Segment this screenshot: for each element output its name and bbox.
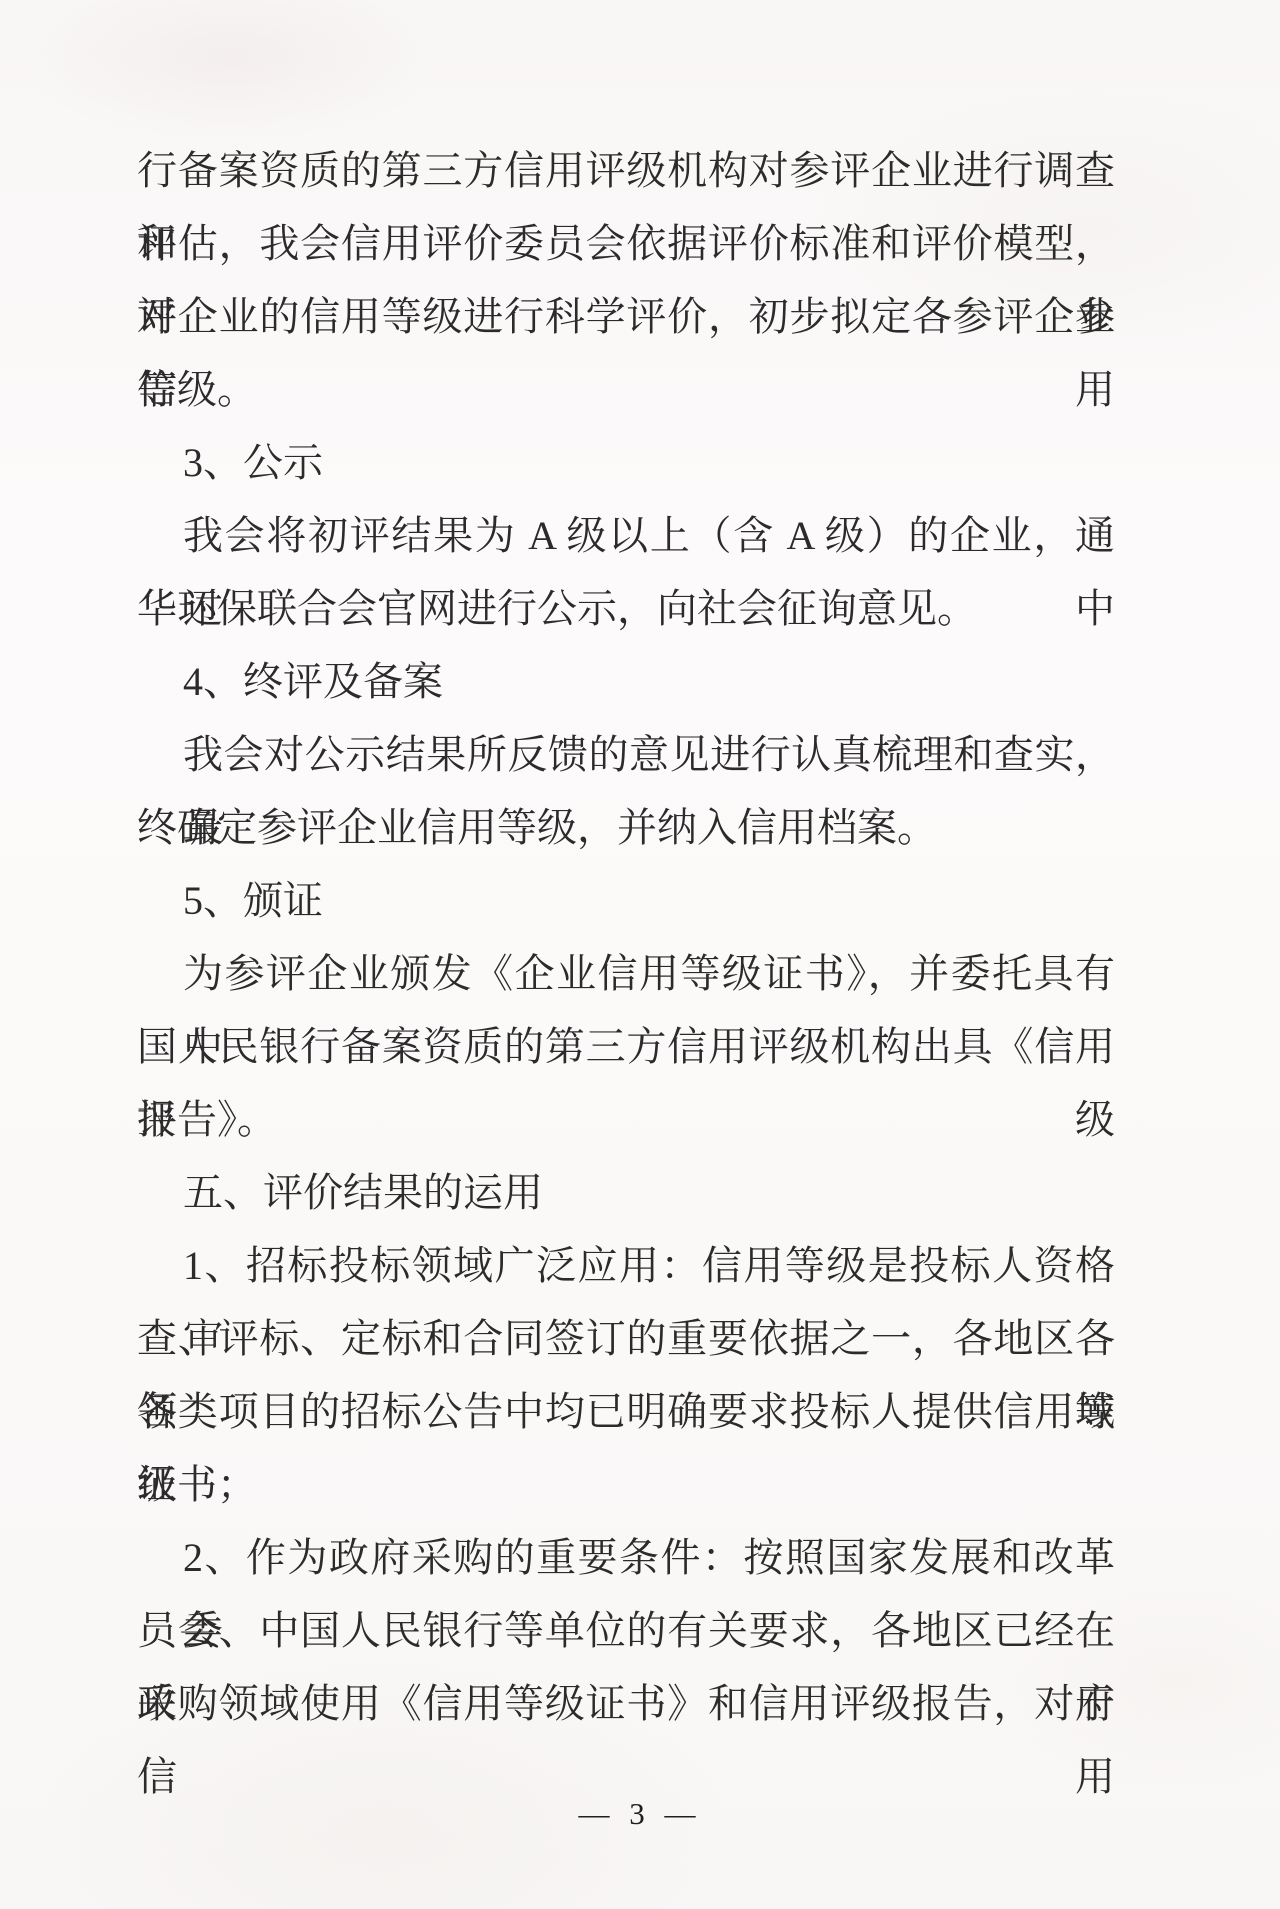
text-line: 查、评标、定标和合同签订的重要依据之一，各地区各领域 [137, 1302, 1115, 1375]
text-line: 2、作为政府采购的重要条件：按照国家发展和改革委 [137, 1521, 1115, 1594]
text-line: 采购领域使用《信用等级证书》和信用评级报告，对于信用 [137, 1667, 1115, 1740]
document-body: 行备案资质的第三方信用评级机构对参评企业进行调查和 评估，我会信用评价委员会依据… [137, 134, 1115, 1740]
text-line: 评估，我会信用评价委员会依据评价标准和评价模型，对参 [137, 207, 1115, 280]
text-line: 1、招标投标领域广泛应用：信用等级是投标人资格审 [137, 1229, 1115, 1302]
text-line: 证书； [137, 1448, 1115, 1521]
text-line: 国人民银行备案资质的第三方信用评级机构出具《信用评级 [137, 1010, 1115, 1083]
text-line: 华环保联合会官网进行公示，向社会征询意见。 [137, 572, 1115, 645]
scanned-document-page: 行备案资质的第三方信用评级机构对参评企业进行调查和 评估，我会信用评价委员会依据… [0, 0, 1280, 1909]
section-heading-5-certification: 5、颁证 [137, 864, 1115, 937]
text-line: 为参评企业颁发《企业信用等级证书》，并委托具有中 [137, 937, 1115, 1010]
text-line: 终确定参评企业信用等级，并纳入信用档案。 [137, 791, 1115, 864]
text-line: 我会将初评结果为 A 级以上（含 A 级）的企业，通过中 [137, 499, 1115, 572]
text-line: 我会对公示结果所反馈的意见进行认真梳理和查实，最 [137, 718, 1115, 791]
text-line: 各类项目的招标公告中均已明确要求投标人提供信用等级 [137, 1375, 1115, 1448]
text-line: 评企业的信用等级进行科学评价，初步拟定各参评企业信用 [137, 280, 1115, 353]
section-heading-4-final-review: 4、终评及备案 [137, 645, 1115, 718]
text-line: 员会、中国人民银行等单位的有关要求，各地区已经在政府 [137, 1594, 1115, 1667]
section-heading-3-publicity: 3、公示 [137, 426, 1115, 499]
section-heading-5-application-of-results: 五、评价结果的运用 [137, 1156, 1115, 1229]
page-number: — 3 — [0, 1796, 1280, 1832]
text-line: 行备案资质的第三方信用评级机构对参评企业进行调查和 [137, 134, 1115, 207]
